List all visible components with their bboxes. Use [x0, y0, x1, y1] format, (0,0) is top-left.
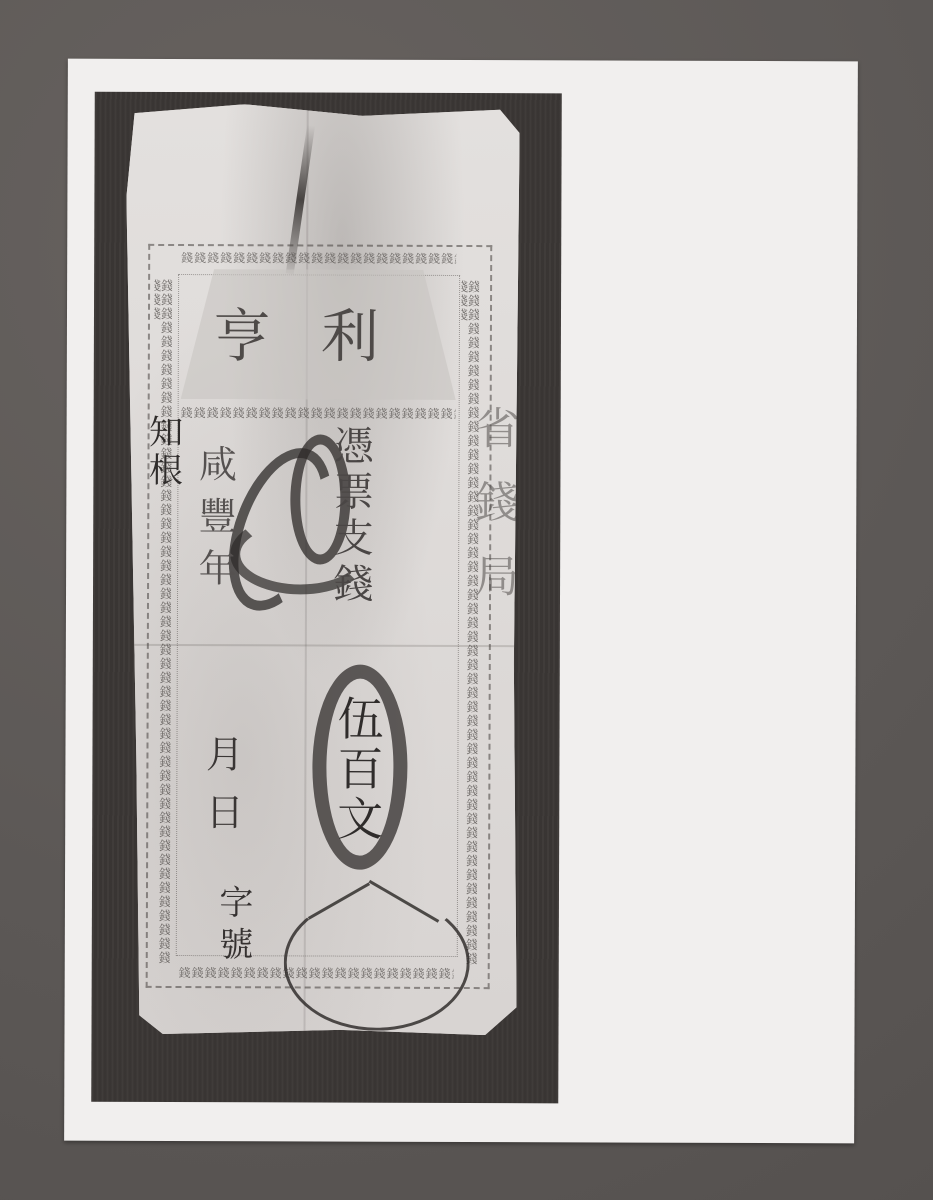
- month-day: 月日: [202, 734, 240, 850]
- banknote: 錢錢錢錢錢錢錢錢錢錢錢錢錢錢錢錢錢錢錢錢錢錢錢錢錢錢錢錢錢錢錢錢錢錢錢錢錢錢錢錢…: [123, 104, 519, 1035]
- reign-date: 咸豐年: [195, 444, 234, 600]
- border-text-middle: 錢錢錢錢錢錢錢錢錢錢錢錢錢錢錢錢錢錢錢錢錢錢錢錢錢錢錢錢錢錢錢錢錢錢錢錢錢錢錢錢…: [181, 404, 456, 422]
- faded-handwriting: 省錢局: [470, 405, 515, 627]
- main-phrase: 憑票支錢: [330, 425, 371, 609]
- photograph-background: 錢錢錢錢錢錢錢錢錢錢錢錢錢錢錢錢錢錢錢錢錢錢錢錢錢錢錢錢錢錢錢錢錢錢錢錢錢錢錢錢…: [91, 92, 562, 1104]
- note-header-title: 亨利: [211, 289, 431, 374]
- border-text-top: 錢錢錢錢錢錢錢錢錢錢錢錢錢錢錢錢錢錢錢錢錢錢錢錢錢錢錢錢錢錢錢錢錢錢錢錢錢錢錢錢…: [181, 249, 456, 267]
- signature-loop: [284, 894, 470, 1031]
- serial-label: 字號: [216, 884, 250, 968]
- handwritten-mark: 知根: [145, 414, 179, 490]
- border-text-left: 錢錢錢錢錢錢錢錢錢錢錢錢錢錢錢錢錢錢錢錢錢錢錢錢錢錢錢錢錢錢錢錢錢錢錢錢錢錢錢錢…: [152, 279, 172, 969]
- amount-text: 伍百文: [334, 695, 381, 845]
- photo-print: 錢錢錢錢錢錢錢錢錢錢錢錢錢錢錢錢錢錢錢錢錢錢錢錢錢錢錢錢錢錢錢錢錢錢錢錢錢錢錢錢…: [64, 59, 858, 1144]
